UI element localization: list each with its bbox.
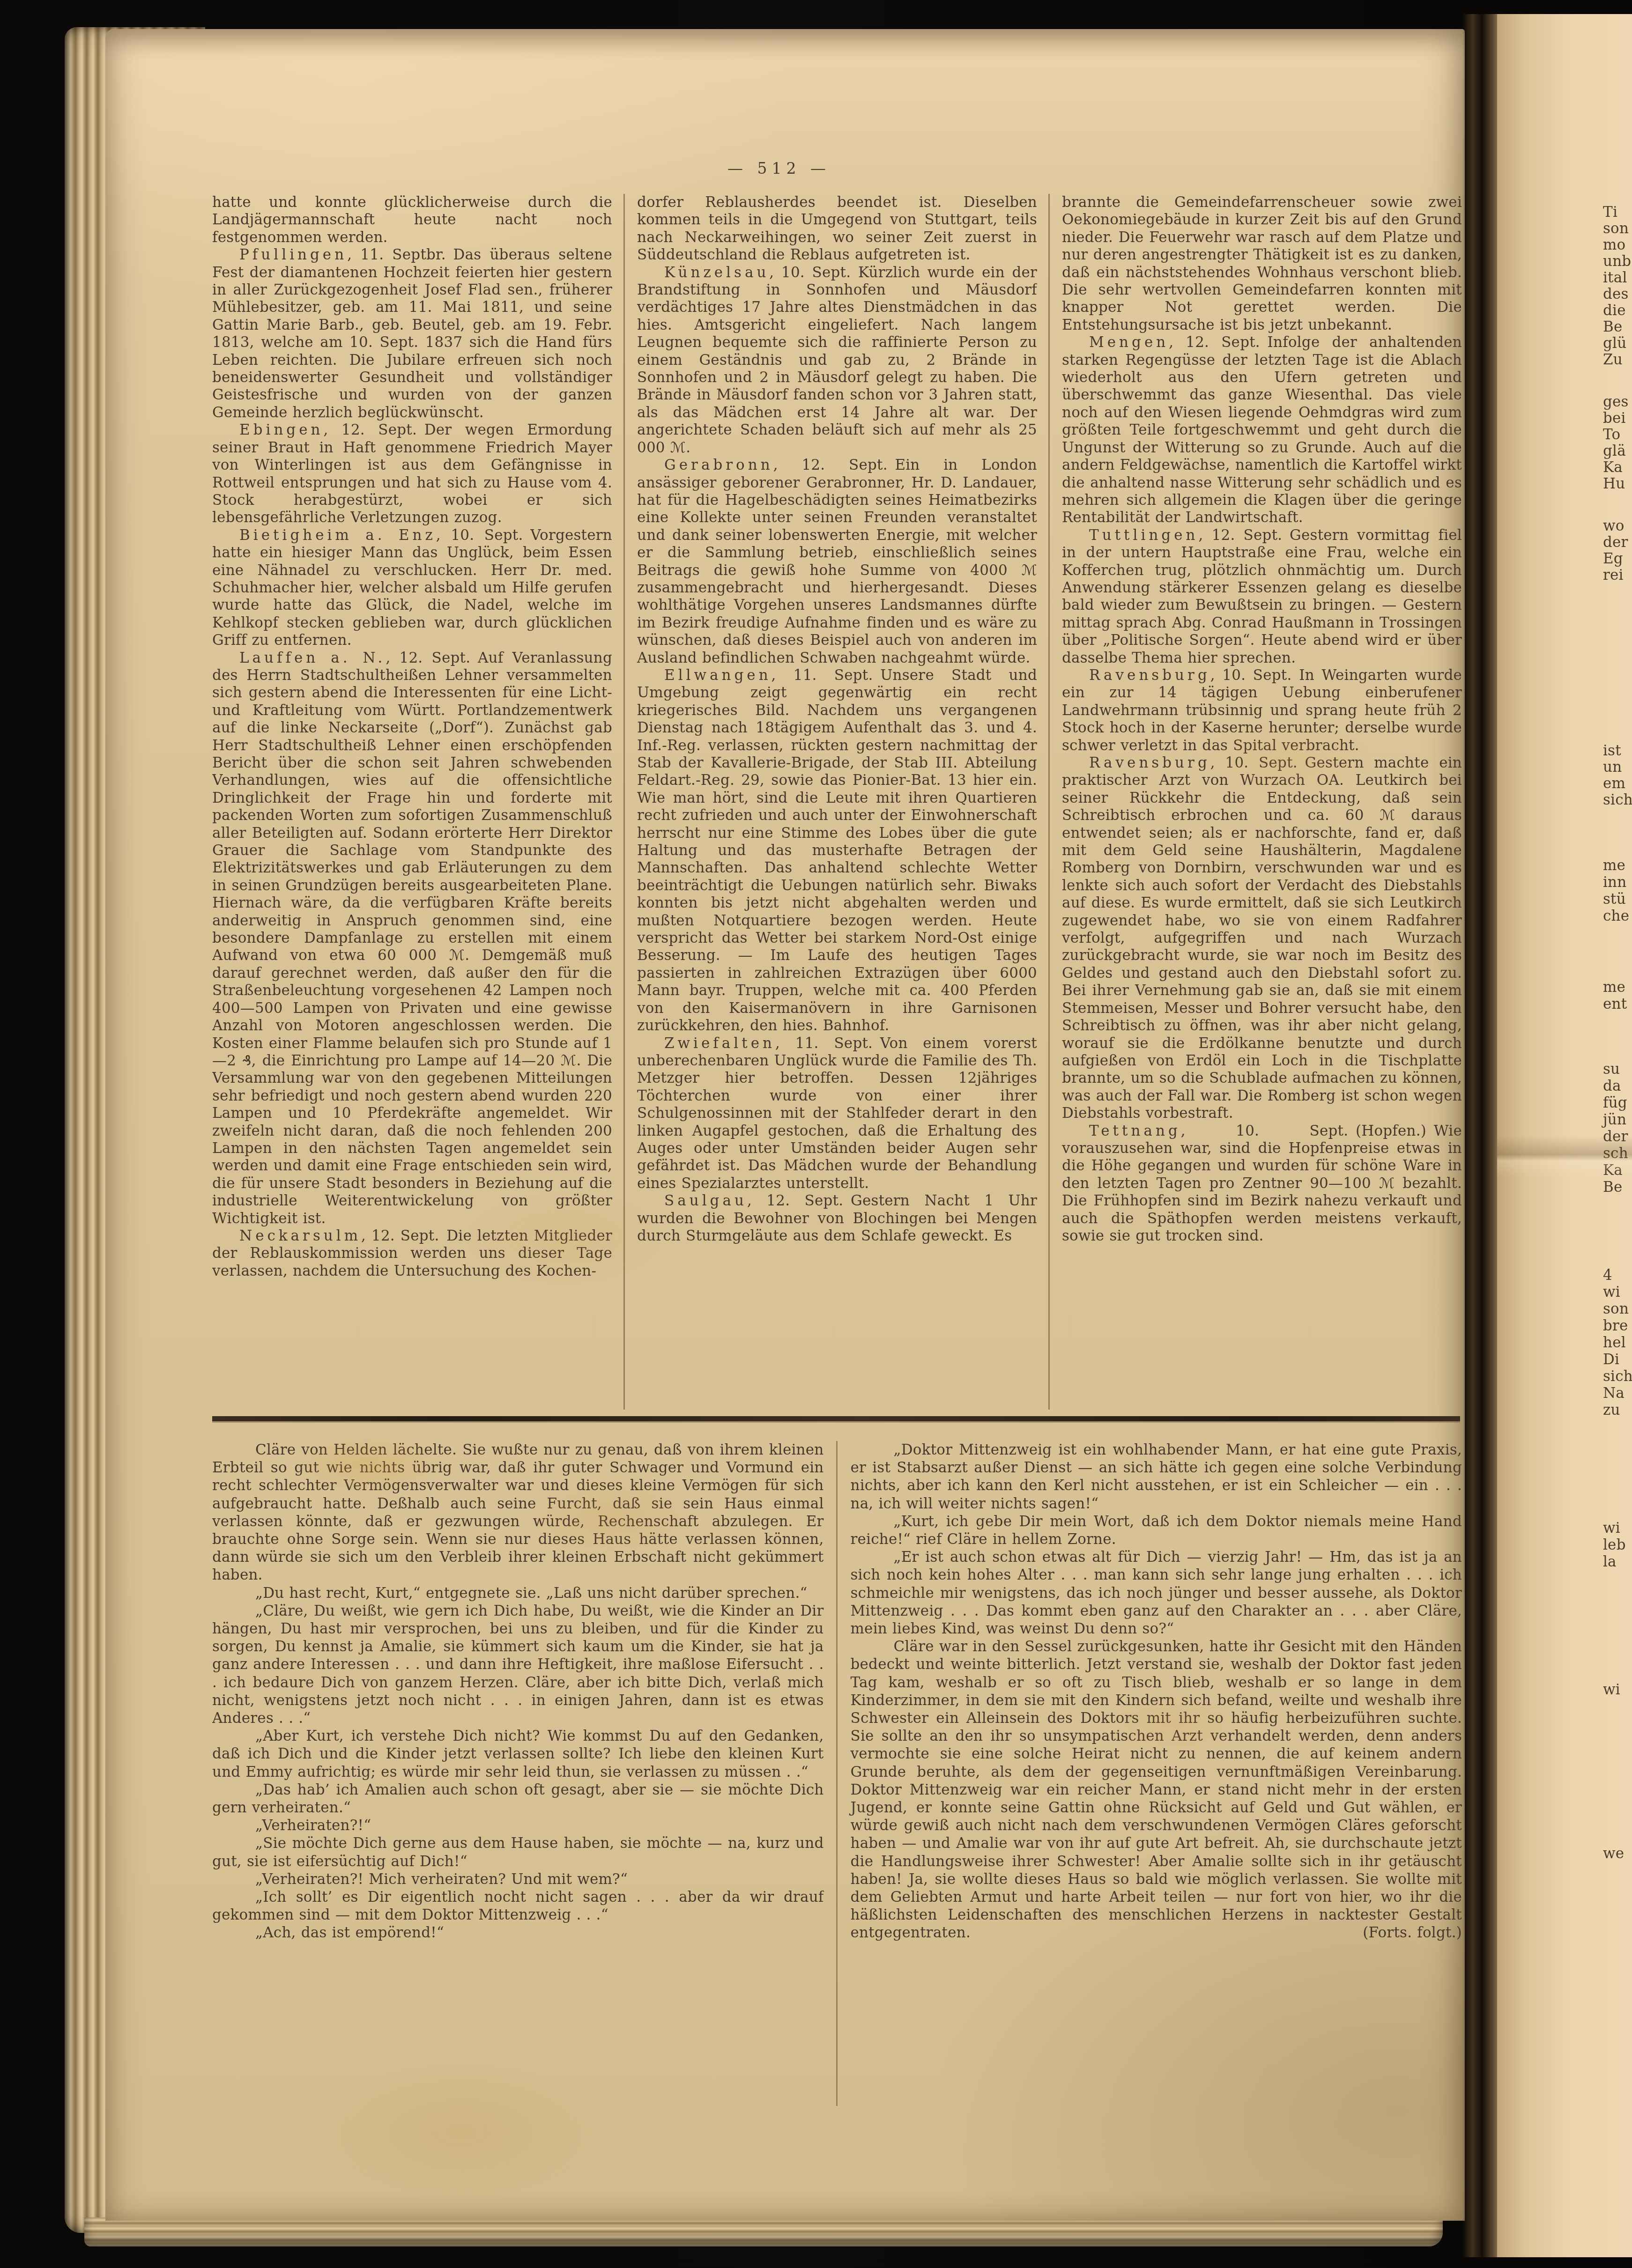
feuilleton-paragraph: „Aber Kurt, ich verstehe Dich nicht? Wie… bbox=[212, 1727, 824, 1781]
next-page-text-fragment: wi bbox=[1603, 1520, 1620, 1537]
news-item: Tettnang, 10. Sept. (Hopfen.) Wie voraus… bbox=[1062, 1123, 1462, 1245]
next-page-text-fragment: son bbox=[1603, 220, 1629, 237]
dateline: Bietigheim a. Enz, 10. Sept. bbox=[239, 527, 530, 544]
dateline-city: Tettnang bbox=[1089, 1123, 1181, 1139]
next-page-text-fragment: Ka bbox=[1603, 1162, 1623, 1179]
dateline: Zwiefalten, 11. Sept. bbox=[664, 1035, 880, 1052]
next-page-text-fragment: die bbox=[1603, 302, 1626, 319]
dateline-city: Ravensburg bbox=[1089, 754, 1210, 771]
dateline-city: Saulgau bbox=[664, 1192, 747, 1209]
dateline: Pfullingen, 11. Septbr. bbox=[239, 246, 453, 263]
next-page-text-fragment: Be bbox=[1603, 1179, 1623, 1196]
next-page-text-fragment: bre bbox=[1603, 1317, 1628, 1334]
dateline: Saulgau, 12. Sept. bbox=[664, 1192, 851, 1209]
next-page-text-fragment: che bbox=[1603, 908, 1629, 924]
dateline-city: Ebingen bbox=[239, 421, 324, 438]
next-page-partial: TisonmounbitaldesdieBeglüZugesbeiTogläKa… bbox=[1497, 14, 1632, 2257]
continuation-note: (Forts. folgt.) bbox=[1363, 1924, 1462, 1942]
next-page-text-fragment: su bbox=[1603, 1061, 1620, 1078]
book-gutter-shadow bbox=[1462, 14, 1498, 2257]
next-page-text-fragment: Hu bbox=[1603, 475, 1625, 492]
next-page-text-fragment: Ti bbox=[1603, 204, 1617, 221]
next-page-text-fragment: sich bbox=[1603, 1368, 1632, 1385]
next-page-text-fragment: sch bbox=[1603, 1145, 1628, 1162]
next-page-text-fragment: der bbox=[1603, 1128, 1628, 1145]
next-page-text-fragment: unb bbox=[1603, 253, 1631, 270]
feuilleton-paragraph: Cläre von Helden lächelte. Sie wußte nur… bbox=[212, 1441, 824, 1584]
next-page-text-fragment: Zu bbox=[1603, 351, 1623, 368]
next-page-text-fragment: we bbox=[1603, 1845, 1624, 1862]
next-page-text-fragment: un bbox=[1603, 759, 1622, 776]
news-item: Saulgau, 12. Sept. Gestern Nacht 1 Uhr w… bbox=[637, 1192, 1037, 1245]
next-page-text-fragment: ent bbox=[1603, 996, 1627, 1012]
newspaper-page: — 512 — hatte und konnte glücklicherweis… bbox=[105, 29, 1465, 2221]
page-number: — 512 — bbox=[727, 159, 831, 177]
next-page-text-fragment: wi bbox=[1603, 1284, 1620, 1300]
dateline-city: Zwiefalten bbox=[664, 1035, 775, 1052]
news-item: Künzelsau, 10. Sept. Kürzlich wurde ein … bbox=[637, 264, 1037, 457]
next-page-text-fragment: me bbox=[1603, 979, 1625, 996]
section-divider-rule bbox=[212, 1416, 1460, 1421]
feuilleton-paragraph: „Verheiraten?! Mich verheiraten? Und mit… bbox=[212, 1870, 824, 1888]
next-page-text-fragment: rei bbox=[1603, 567, 1624, 584]
feuilleton-paragraph: „Cläre, Du weißt, wie gern ich Dich habe… bbox=[212, 1602, 824, 1727]
next-page-text-fragment: zu bbox=[1603, 1402, 1620, 1418]
next-page-text-fragment: son bbox=[1603, 1300, 1629, 1317]
feuilleton-paragraph: „Er ist auch schon etwas alt für Dich — … bbox=[851, 1548, 1462, 1638]
feuilleton-column: Cläre von Helden lächelte. Sie wußte nur… bbox=[212, 1441, 824, 2106]
dateline: Gerabronn, 12. Sept. bbox=[664, 457, 895, 473]
feuilleton-paragraph: „Ach, das ist empörend!“ bbox=[212, 1924, 824, 1942]
news-item: Bietigheim a. Enz, 10. Sept. Vorgestern … bbox=[212, 527, 612, 650]
dateline: Lauffen a. N., 12. Sept. bbox=[239, 650, 478, 666]
next-page-text-fragment: hel bbox=[1603, 1334, 1626, 1351]
next-page-text-fragment: glä bbox=[1603, 443, 1626, 459]
feuilleton-paragraph: „Du hast recht, Kurt,“ entgegnete sie. „… bbox=[212, 1584, 824, 1602]
feuilleton-paragraph: „Kurt, ich gebe Dir mein Wort, daß ich d… bbox=[851, 1513, 1462, 1548]
dateline-city: Lauffen a. N. bbox=[239, 650, 386, 666]
next-page-text-fragment: füg bbox=[1603, 1094, 1627, 1111]
dateline-city: Ellwangen bbox=[664, 667, 771, 684]
next-page-text-fragment: bei bbox=[1603, 410, 1626, 427]
dateline: Ravensburg, 10. Sept. bbox=[1089, 667, 1299, 684]
dateline: Ravensburg, 10. Sept. bbox=[1089, 754, 1305, 771]
feuilleton-paragraph: „Verheiraten?!“ bbox=[212, 1817, 824, 1834]
news-item: Ellwangen, 11. Sept. Unsere Stadt und Um… bbox=[637, 667, 1037, 1035]
feuilleton-paragraph: „Doktor Mittenzweig ist ein wohlhabender… bbox=[851, 1441, 1462, 1513]
next-page-text-fragment: sich bbox=[1603, 791, 1632, 808]
next-page-text-fragment: der bbox=[1603, 534, 1628, 551]
feuilleton-paragraph: „Sie möchte Dich gerne aus dem Hause hab… bbox=[212, 1834, 824, 1870]
news-item: Ravensburg, 10. Sept. Gestern machte ein… bbox=[1062, 754, 1462, 1123]
next-page-text-fragment: Ka bbox=[1603, 459, 1623, 476]
dateline-city: Bietigheim a. Enz bbox=[239, 527, 436, 544]
news-item: Lauffen a. N., 12. Sept. Auf Veranlassun… bbox=[212, 650, 612, 1227]
next-page-text-fragment: inn bbox=[1603, 874, 1626, 891]
feuilleton-paragraph: „Das hab’ ich Amalien auch schon oft ges… bbox=[212, 1781, 824, 1817]
dateline-city: Künzelsau bbox=[664, 264, 769, 281]
news-item: Tuttlingen, 12. Sept. Gestern vormittag … bbox=[1062, 527, 1462, 667]
next-page-text-fragment: em bbox=[1603, 775, 1625, 792]
next-page-text-fragment: me bbox=[1603, 857, 1625, 874]
dateline: Ebingen, 12. Sept. bbox=[239, 421, 424, 438]
next-page-text-fragment: jün bbox=[1603, 1111, 1626, 1128]
next-page-text-fragment: To bbox=[1603, 426, 1620, 443]
next-page-text-fragment: ist bbox=[1603, 742, 1621, 759]
feuilleton-paragraph: Cläre war in den Sessel zurückgesunken, … bbox=[851, 1638, 1462, 1942]
news-item-continuation: hatte und konnte glücklicherweise durch … bbox=[212, 194, 612, 246]
dateline: Künzelsau, 10. Sept. bbox=[664, 264, 858, 281]
next-page-text-fragment: mo bbox=[1603, 236, 1625, 253]
next-page-text-fragment: wi bbox=[1603, 1681, 1620, 1698]
next-page-text-fragment: 4 bbox=[1603, 1267, 1612, 1284]
news-item: Mengen, 12. Sept. Infolge der anhaltende… bbox=[1062, 334, 1462, 526]
next-page-text-fragment: la bbox=[1603, 1553, 1617, 1570]
news-section: hatte und konnte glücklicherweise durch … bbox=[212, 194, 1462, 1410]
next-page-text-fragment: Na bbox=[1603, 1385, 1625, 1402]
photo-background: — 512 — hatte und konnte glücklicherweis… bbox=[0, 0, 1632, 2268]
next-page-text-fragment: ital bbox=[1603, 269, 1627, 286]
news-column: dorfer Reblausherdes beendet ist. Diesel… bbox=[623, 194, 1037, 1410]
feuilleton-paragraph: „Ich sollt’ es Dir eigentlich nocht nich… bbox=[212, 1888, 824, 1924]
next-page-text-fragment: da bbox=[1603, 1078, 1621, 1094]
dateline-city: Ravensburg bbox=[1089, 667, 1210, 684]
book-page-edges-bottom bbox=[84, 2217, 1443, 2246]
dateline-city: Gerabronn bbox=[664, 457, 773, 473]
feuilleton-section: Cläre von Helden lächelte. Sie wußte nur… bbox=[212, 1441, 1462, 2106]
next-page-text-fragment: stü bbox=[1603, 891, 1626, 908]
news-item: Ebingen, 12. Sept. Der wegen Ermordung s… bbox=[212, 421, 612, 526]
next-page-text-fragment: ges bbox=[1603, 393, 1629, 410]
dateline-city: Tuttlingen bbox=[1089, 527, 1199, 544]
dateline-city: Mengen bbox=[1089, 334, 1169, 351]
next-page-text-fragment: Eg bbox=[1603, 550, 1623, 567]
dateline: Neckarsulm, 12. Sept. bbox=[239, 1227, 446, 1244]
dateline: Tuttlingen, 12. Sept. bbox=[1089, 527, 1290, 544]
next-page-text-fragment: leb bbox=[1603, 1537, 1626, 1553]
next-page-text-fragment: Di bbox=[1603, 1351, 1619, 1368]
news-column: brannte die Gemeindefarrenscheuer sowie … bbox=[1048, 194, 1462, 1410]
news-item: Pfullingen, 11. Septbr. Das überaus selt… bbox=[212, 246, 612, 421]
feuilleton-column: „Doktor Mittenzweig ist ein wohlhabender… bbox=[836, 1441, 1462, 2106]
dateline: Mengen, 12. Sept. bbox=[1089, 334, 1268, 351]
next-page-text-fragment: wo bbox=[1603, 517, 1625, 534]
news-item: Gerabronn, 12. Sept. Ein in London ansäs… bbox=[637, 457, 1037, 667]
next-page-text-fragment: Be bbox=[1603, 318, 1623, 335]
news-column: hatte und konnte glücklicherweise durch … bbox=[212, 194, 612, 1410]
news-item: Ravensburg, 10. Sept. In Weingarten wurd… bbox=[1062, 667, 1462, 754]
news-item: Neckarsulm, 12. Sept. Die letzten Mitgli… bbox=[212, 1227, 612, 1280]
dateline: Ellwangen, 11. Sept. bbox=[664, 667, 880, 684]
news-item-continuation: dorfer Reblausherdes beendet ist. Diesel… bbox=[637, 194, 1037, 264]
dateline-city: Pfullingen bbox=[239, 246, 347, 263]
dateline: Tettnang, 10. Sept. (Hopfen.) bbox=[1089, 1123, 1434, 1139]
news-item: Zwiefalten, 11. Sept. Von einem vorerst … bbox=[637, 1035, 1037, 1193]
next-page-text-fragment: glü bbox=[1603, 335, 1626, 352]
news-item-continuation: brannte die Gemeindefarrenscheuer sowie … bbox=[1062, 194, 1462, 334]
next-page-text-fragment: des bbox=[1603, 286, 1629, 303]
dateline-city: Neckarsulm bbox=[239, 1227, 361, 1244]
